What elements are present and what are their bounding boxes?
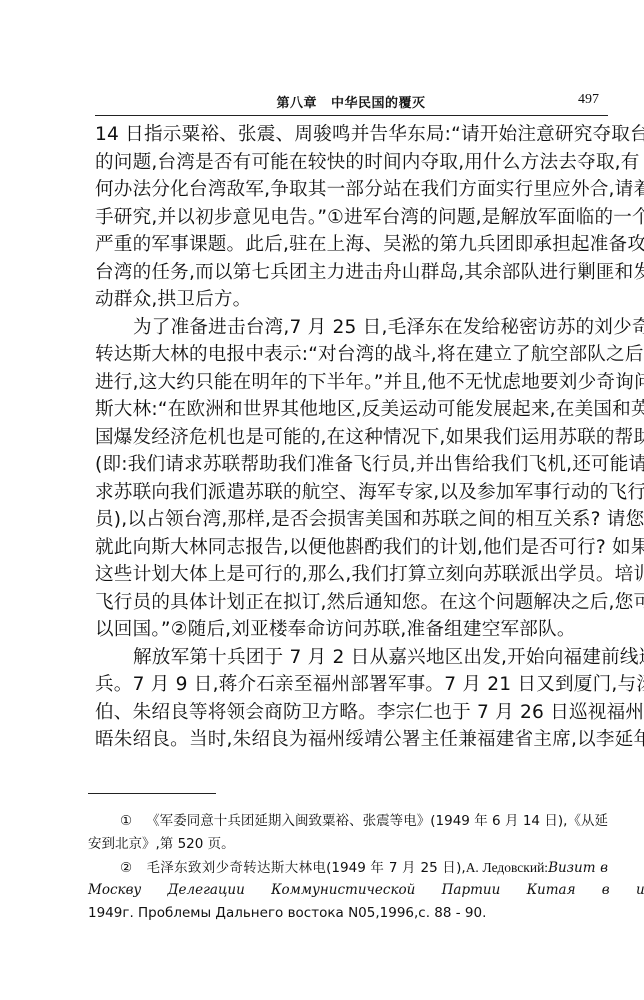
body-line: 员),以占领台湾,那样,是否会损害美国和苏联之间的相互关系? 请您 xyxy=(95,506,608,534)
footnote-marker: ② xyxy=(120,860,132,876)
body-line: 转达斯大林的电报中表示:“对台湾的战斗,将在建立了航空部队之后 xyxy=(95,341,608,369)
page-number: 497 xyxy=(578,92,599,108)
footnote-author: А. Ледовский: xyxy=(466,860,548,875)
body-line: 兵。7 月 9 日,蒋介石亲至福州部署军事。7 月 21 日又到厦门,与汤恩 xyxy=(95,671,608,699)
body-line: 斯大林:“在欧洲和世界其他地区,反美运动可能发展起来,在美国和英 xyxy=(95,396,608,424)
header-rule xyxy=(95,115,608,116)
footnotes: ①《军委同意十兵团延期入闽致粟裕、张震等电》(1949 年 6 月 14 日),… xyxy=(88,810,608,925)
footnote-text: 《军委同意十兵团延期入闽致粟裕、张震等电》(1949 年 6 月 14 日),《… xyxy=(146,813,608,829)
body-line: 严重的军事课题。此后,驻在上海、吴淞的第九兵团即承担起准备攻击 xyxy=(95,231,608,259)
body-line: 何办法分化台湾敌军,争取其一部分站在我们方面实行里应外合,请着 xyxy=(95,176,608,204)
footnote-1-cont: 安到北京》,第 520 页。 xyxy=(88,833,608,856)
body-line: 伯、朱绍良等将领会商防卫方略。李宗仁也于 7 月 26 日巡视福州,会 xyxy=(95,699,608,727)
body-line: 台湾的任务,而以第七兵团主力进击舟山群岛,其余部队进行剿匪和发 xyxy=(95,259,608,287)
body-line: 的问题,台湾是否有可能在较快的时间内夺取,用什么方法去夺取,有 xyxy=(95,149,608,177)
footnote-2: ②毛泽东致刘少奇转达斯大林电(1949 年 7 月 25 日),А. Ледов… xyxy=(88,856,608,879)
footnote-1: ①《军委同意十兵团延期入闽致粟裕、张震等电》(1949 年 6 月 14 日),… xyxy=(88,810,608,833)
body-line: 这些计划大体上是可行的,那么,我们打算立刻向苏联派出学员。培训 xyxy=(95,561,608,589)
body-line: 进行,这大约只能在明年的下半年。”并且,他不无忧虑地要刘少奇询问 xyxy=(95,369,608,397)
footnote-2-cont: Москву Делегации Коммунистической Партии… xyxy=(88,879,608,902)
chapter-title: 第八章中华民国的覆灭 xyxy=(95,92,607,111)
body-line: 14 日指示粟裕、张震、周骏鸣并告华东局:“请开始注意研究夺取台湾 xyxy=(95,121,608,149)
footnote-title: Москву Делегации Коммунистической Партии… xyxy=(88,882,644,898)
running-head: 第八章中华民国的覆灭 497 xyxy=(95,90,607,110)
body-line: 就此向斯大林同志报告,以便他斟酌我们的计划,他们是否可行? 如果 xyxy=(95,534,608,562)
body-line: 手研究,并以初步意见电告。”①进军台湾的问题,是解放军面临的一个 xyxy=(95,204,608,232)
body-line: (即:我们请求苏联帮助我们准备飞行员,并出售给我们飞机,还可能请 xyxy=(95,451,608,479)
chapter-name: 中华民国的覆灭 xyxy=(331,96,426,111)
body-line: 求苏联向我们派遣苏联的航空、海军专家,以及参加军事行动的飞行 xyxy=(95,479,608,507)
body-line: 晤朱绍良。当时,朱绍良为福州绥靖公署主任兼福建省主席,以李延年 xyxy=(95,726,608,754)
body-text: 14 日指示粟裕、张震、周骏鸣并告华东局:“请开始注意研究夺取台湾 的问题,台湾… xyxy=(95,121,608,754)
chapter-number: 第八章 xyxy=(276,96,317,111)
footnote-title: Визит в xyxy=(548,860,608,876)
paragraph-start-line: 为了准备进击台湾,7 月 25 日,毛泽东在发给秘密访苏的刘少奇 xyxy=(95,314,608,342)
paragraph-start-line: 解放军第十兵团于 7 月 2 日从嘉兴地区出发,开始向福建前线运 xyxy=(95,644,608,672)
body-line: 以回国。”②随后,刘亚楼奉命访问苏联,准备组建空军部队。 xyxy=(95,616,608,644)
footnote-rule xyxy=(88,793,216,794)
book-page: 第八章中华民国的覆灭 497 14 日指示粟裕、张震、周骏鸣并告华东局:“请开始… xyxy=(0,0,644,1000)
body-line: 动群众,拱卫后方。 xyxy=(95,286,608,314)
body-line: 国爆发经济危机也是可能的,在这种情况下,如果我们运用苏联的帮助 xyxy=(95,424,608,452)
footnote-2-cont: 1949г. Проблемы Дальнего востока N05,199… xyxy=(88,902,608,925)
footnote-marker: ① xyxy=(120,813,132,829)
footnote-text: 毛泽东致刘少奇转达斯大林电(1949 年 7 月 25 日), xyxy=(146,860,465,876)
body-line: 飞行员的具体计划正在拟订,然后通知您。在这个问题解决之后,您可 xyxy=(95,589,608,617)
